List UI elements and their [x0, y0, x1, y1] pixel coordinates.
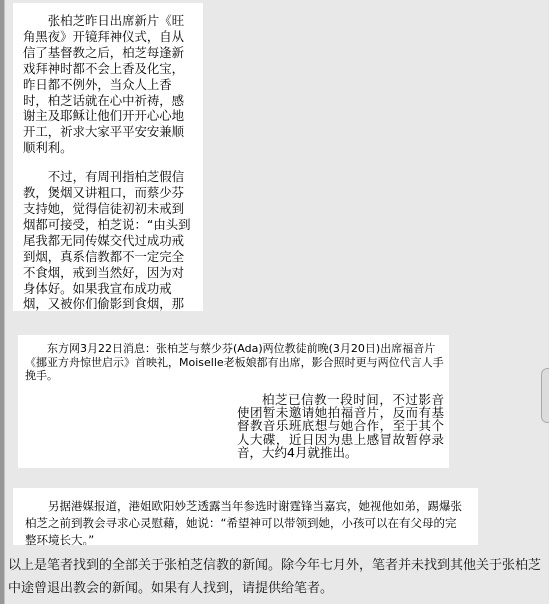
quote3-paragraph: 另据港媒报道，港姐欧阳妙芝透露当年参选时谢霆锋当嘉宾，她视他如弟，踢爆张柏芝之前…	[25, 498, 466, 545]
closing-note: 以上是笔者找到的全部关于张柏芝信教的新闻。除今年七月外，笔者并未找到其他关于张柏…	[8, 554, 545, 600]
quote-block-2: 东方网3月22日消息：张柏芝与蔡少芬(Ada)两位教徒前晚(3月20日)出席福音…	[18, 335, 449, 468]
quote1-paragraph-1: 张柏芝昨日出席新片《旺角黑夜》开镜拜神仪式，自从信了基督教之后，柏芝每逢新戏拜神…	[23, 13, 193, 156]
scrollbar-thumb[interactable]	[541, 368, 549, 423]
quote-block-3: 另据港媒报道，港姐欧阳妙芝透露当年参选时谢霆锋当嘉宾，她视他如弟，踢爆张柏芝之前…	[13, 488, 478, 545]
page: 张柏芝昨日出席新片《旺角黑夜》开镜拜神仪式，自从信了基督教之后，柏芝每逢新戏拜神…	[0, 0, 549, 604]
left-border-strip	[0, 0, 5, 604]
quote-block-1: 张柏芝昨日出席新片《旺角黑夜》开镜拜神仪式，自从信了基督教之后，柏芝每逢新戏拜神…	[13, 3, 203, 311]
quote2-side-paragraph: 柏芝已信教一段时间，不过影音使团暂未邀请她拍福音片，反而有基督教音乐班底想与她合…	[237, 393, 444, 459]
quote1-paragraph-2: 不过，有周刊指柏芝假信教，煲烟又讲粗口，而蔡少芬支持她，觉得信徒初初未戒到烟都可…	[23, 169, 193, 311]
quote2-news-paragraph: 东方网3月22日消息：张柏芝与蔡少芬(Ada)两位教徒前晚(3月20日)出席福音…	[25, 342, 444, 383]
